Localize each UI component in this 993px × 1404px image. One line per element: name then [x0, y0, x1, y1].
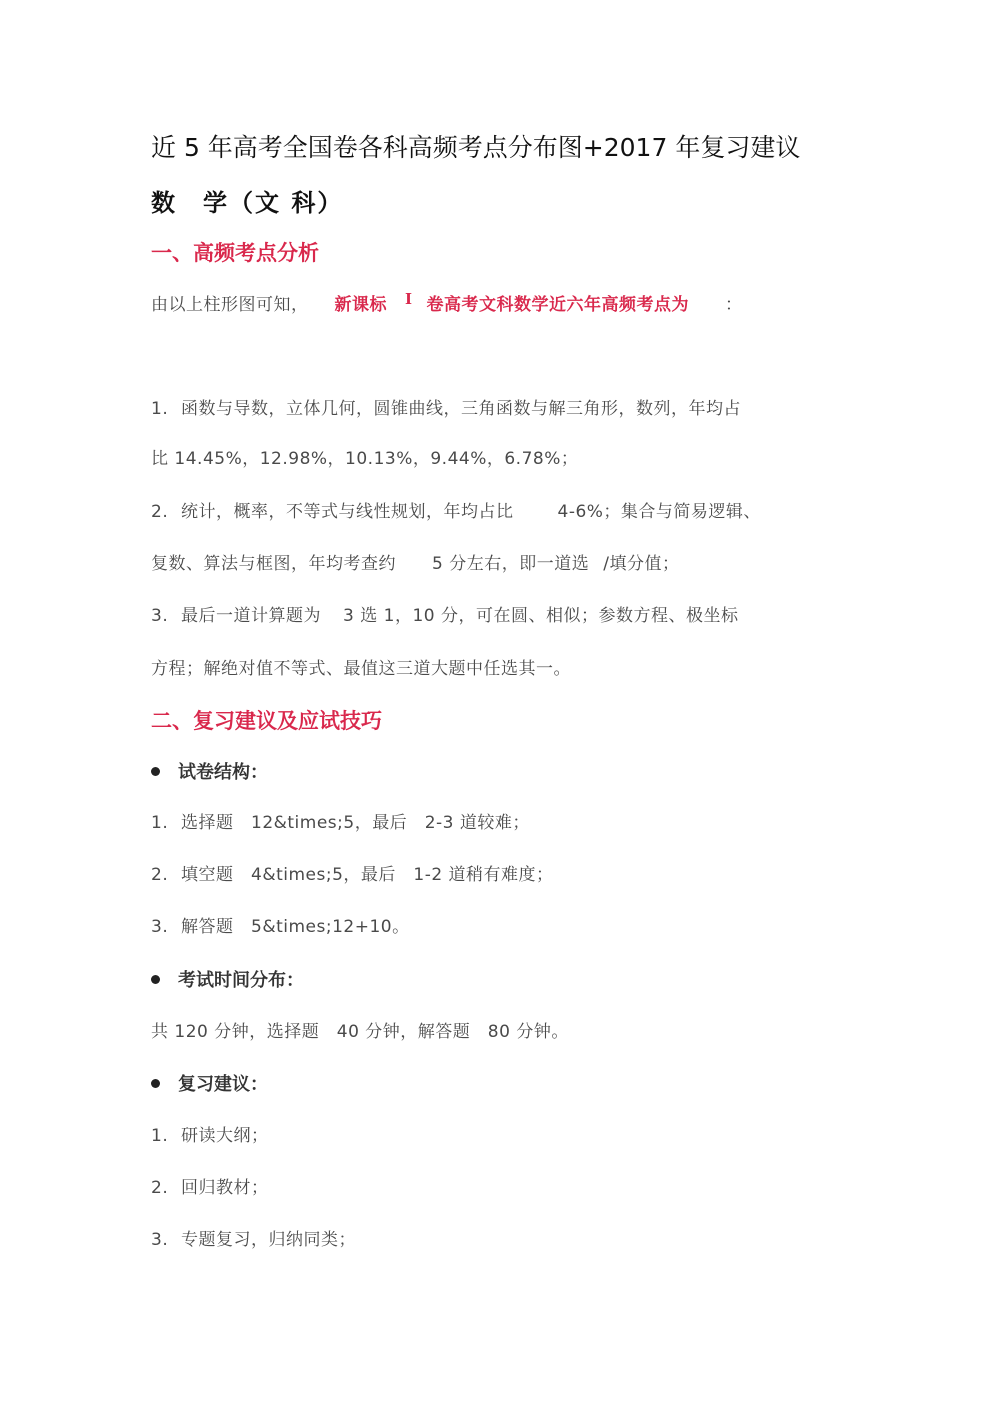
section1-intro: 由以上柱形图可知，新课标Ⅰ卷高考文科数学近六年高频考点为： — [151, 290, 743, 315]
item-text: 专题复习，归纳同类； — [181, 1230, 356, 1250]
document-title: 近 5 年高考全国卷各科高频考点分布图+2017 年复习建议 — [151, 128, 800, 164]
item-text: 4-6%；集合与简易逻辑、 — [558, 502, 761, 522]
advice-item-1: 1.研读大纲； — [151, 1121, 269, 1146]
advice-item-3: 3.专题复习，归纳同类； — [151, 1225, 356, 1250]
intro-highlight-roman: Ⅰ — [405, 290, 413, 308]
analysis-item-1-line1: 1.函数与导数，立体几何，圆锥曲线，三角函数与解三角形，数列，年均占 — [151, 394, 741, 419]
structure-item-2: 2.填空题 4&times;5，最后 1-2 道稍有难度； — [151, 860, 554, 885]
time-text: 共 120 分钟，选择题 40 分钟，解答题 80 分钟。 — [151, 1017, 569, 1042]
intro-suffix: ： — [725, 295, 743, 315]
time-heading: 考试时间分布： — [151, 966, 304, 992]
intro-highlight-a: 新课标 — [335, 295, 388, 315]
item-text: 函数与导数，立体几何，圆锥曲线，三角函数与解三角形，数列，年均占 — [181, 399, 741, 419]
intro-prefix: 由以上柱形图可知， — [151, 295, 309, 315]
item-number: 1. — [151, 399, 181, 419]
document-subtitle: 数 学（文 科） — [151, 183, 343, 218]
analysis-item-3-line1: 3.最后一道计算题为3 选 1，10 分，可在圆、相似；参数方程、极坐标 — [151, 601, 738, 626]
item-text: 研读大纲； — [181, 1126, 269, 1146]
item-number: 2. — [151, 502, 181, 522]
analysis-item-2-line2: 复数、算法与框图，年均考查约5 分左右，即一道选/填分值； — [151, 549, 679, 574]
item-number: 3. — [151, 917, 181, 937]
item-text: 统计，概率，不等式与线性规划，年均占比 — [181, 502, 514, 522]
item-text: 选择题 12&times;5，最后 2-3 道较难； — [181, 813, 530, 833]
item-text: 5 分左右，即一道选 — [432, 554, 589, 574]
bullet-icon — [151, 1079, 160, 1088]
item-text: 3 选 1，10 分，可在圆、相似；参数方程、极坐标 — [343, 606, 738, 626]
item-text: 回归教材； — [181, 1178, 269, 1198]
structure-item-3: 3.解答题 5&times;12+10。 — [151, 912, 410, 937]
structure-item-1: 1.选择题 12&times;5，最后 2-3 道较难； — [151, 808, 530, 833]
item-text: 最后一道计算题为 — [181, 606, 321, 626]
analysis-item-3-line2: 方程；解绝对值不等式、最值这三道大题中任选其一。 — [151, 654, 571, 679]
item-number: 2. — [151, 1178, 181, 1198]
item-text: 解答题 5&times;12+10。 — [181, 917, 410, 937]
item-number: 3. — [151, 1230, 181, 1250]
item-text: 复数、算法与框图，年均考查约 — [151, 554, 396, 574]
analysis-item-2-line1: 2.统计，概率，不等式与线性规划，年均占比4-6%；集合与简易逻辑、 — [151, 497, 761, 522]
section1-heading: 一、高频考点分析 — [151, 237, 319, 267]
section2-heading: 二、复习建议及应试技巧 — [151, 705, 382, 735]
intro-highlight-b: 卷高考文科数学近六年高频考点为 — [427, 295, 690, 315]
analysis-item-1-line2: 比 14.45%，12.98%，10.13%，9.44%，6.78%； — [151, 444, 578, 469]
structure-heading: 试卷结构： — [151, 758, 268, 784]
item-number: 1. — [151, 1126, 181, 1146]
advice-item-2: 2.回归教材； — [151, 1173, 269, 1198]
item-number: 1. — [151, 813, 181, 833]
item-text: /填分值； — [603, 554, 679, 574]
item-number: 3. — [151, 606, 181, 626]
item-number: 2. — [151, 865, 181, 885]
bullet-icon — [151, 975, 160, 984]
item-text: 填空题 4&times;5，最后 1-2 道稍有难度； — [181, 865, 554, 885]
bullet-icon — [151, 767, 160, 776]
advice-heading: 复习建议： — [151, 1070, 268, 1096]
